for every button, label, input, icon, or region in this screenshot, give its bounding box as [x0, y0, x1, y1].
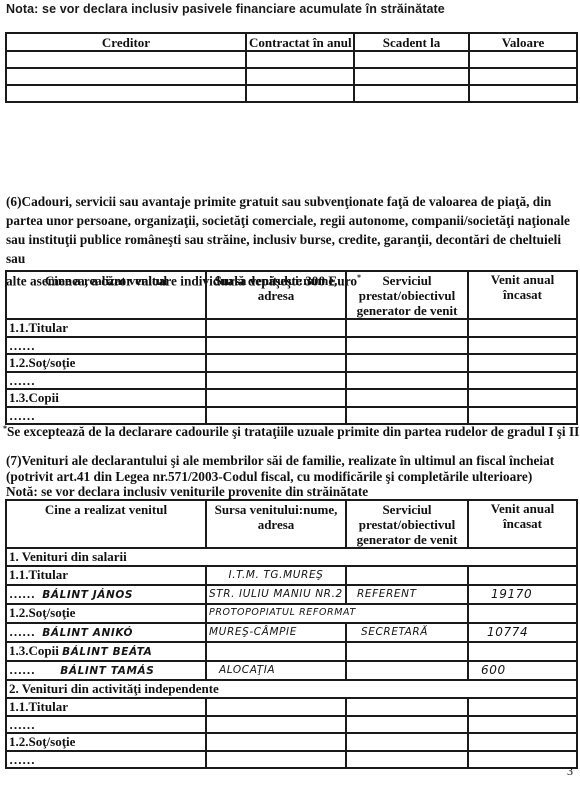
- row-label: ……: [6, 337, 206, 355]
- income-source: I.T.M. TG.MUREŞ: [206, 566, 346, 585]
- income-service: [346, 566, 468, 585]
- table-row: 1.3.Copii: [6, 389, 577, 407]
- cell: [246, 51, 354, 68]
- row-label: 1.1.Titular: [6, 698, 206, 716]
- table-row: ……: [6, 372, 577, 390]
- header-valoare: Valoare: [469, 33, 577, 51]
- row-label: …… BÁLINT JÁNOS: [6, 585, 206, 604]
- cell: [6, 51, 246, 68]
- gifts-footnote: *Se exceptează de la declarare cadourile…: [3, 424, 580, 440]
- header-who: Cine a realizat venitul: [6, 271, 206, 319]
- table-row: 1.2.Soţ/soţie: [6, 733, 577, 751]
- cell: [246, 68, 354, 85]
- header-source: Sursa venitului:nume, adresa: [206, 500, 346, 548]
- row-label: …… BÁLINT ANIKÓ: [6, 623, 206, 642]
- row-label: 1.1.Titular: [6, 566, 206, 585]
- table-row: 1.2.Soţ/soţie: [6, 354, 577, 372]
- row-label: 1.1.Titular: [6, 319, 206, 337]
- debts-table: Creditor Contractat în anul Scadent la V…: [5, 32, 578, 103]
- income-service: [346, 661, 468, 680]
- income-source: ALOCAŢIA: [206, 661, 346, 680]
- table-row: …… BÁLINT JÁNOS STR. IULIU MANIU NR.2 RE…: [6, 585, 577, 604]
- footnote-text: Se exceptează de la declarare cadourile …: [7, 424, 580, 439]
- header-service: Serviciul prestat/obiectivul generator d…: [346, 500, 468, 548]
- handwritten-name: BÁLINT BEÁTA: [62, 646, 152, 658]
- table-row: [6, 51, 577, 68]
- section7-line: (potrivit art.41 din Legea nr.571/2003-C…: [6, 469, 576, 485]
- income-amount: [468, 642, 577, 661]
- income-source: MUREŞ-CÂMPIE: [206, 623, 346, 642]
- cell: [246, 85, 354, 102]
- category-salaries: 1. Venituri din salarii: [6, 548, 577, 566]
- income-service: REFERENT: [346, 585, 468, 604]
- table-row: 1.1.Titular: [6, 319, 577, 337]
- table-row: 1.1.Titular: [6, 698, 577, 716]
- income-amount: [468, 604, 577, 623]
- table-row: 1.2.Soţ/soţie PROTOPOPIATUL REFORMAT: [6, 604, 577, 623]
- header-contractat: Contractat în anul: [246, 33, 354, 51]
- table-row: …… BÁLINT ANIKÓ MUREŞ-CÂMPIE SECRETARĂ 1…: [6, 623, 577, 642]
- income-source: [206, 642, 346, 661]
- header-creditor: Creditor: [6, 33, 246, 51]
- income-amount: [468, 566, 577, 585]
- handwritten-name: BÁLINT JÁNOS: [42, 589, 133, 601]
- income-service: SECRETARĂ: [346, 623, 468, 642]
- section7-note: Notă: se vor declara inclusiv veniturile…: [6, 484, 576, 500]
- handwritten-name: BÁLINT ANIKÓ: [42, 627, 133, 639]
- income-amount: 19170: [468, 585, 577, 604]
- header-who: Cine a realizat venitul: [6, 500, 206, 548]
- table-row: ……: [6, 751, 577, 769]
- table-row: [6, 68, 577, 85]
- income-source: STR. IULIU MANIU NR.2: [206, 585, 346, 604]
- row-label: ……: [6, 407, 206, 425]
- header-income: Venit anual încasat: [468, 500, 577, 548]
- section7-heading: (7)Venituri ale declarantului şi ale mem…: [6, 453, 576, 500]
- header-income: Venit anual încasat: [468, 271, 577, 319]
- section6-line: (6)Cadouri, servicii sau avantaje primit…: [6, 192, 576, 211]
- cell: [354, 68, 469, 85]
- pasive-note: Nota: se vor declara inclusiv pasivele f…: [6, 2, 445, 16]
- income-service: [346, 642, 468, 661]
- cell: [6, 68, 246, 85]
- table-row: …… BÁLINT TAMÁS ALOCAŢIA 600: [6, 661, 577, 680]
- row-label: 1.3.Copii BÁLINT BEÁTA: [6, 642, 206, 661]
- section6-line: sau instituţii publice româneşti sau str…: [6, 230, 576, 268]
- income-amount: 600: [468, 661, 577, 680]
- table-row: [6, 85, 577, 102]
- header-source: Sursa venitului:nume, adresa: [206, 271, 346, 319]
- table-row: 1.3.Copii BÁLINT BEÁTA: [6, 642, 577, 661]
- row-label: 1.3.Copii: [6, 389, 206, 407]
- table-row: 1.1.Titular I.T.M. TG.MUREŞ: [6, 566, 577, 585]
- table-row: ……: [6, 337, 577, 355]
- row-label: …… BÁLINT TAMÁS: [6, 661, 206, 680]
- cell: [6, 85, 246, 102]
- cell: [469, 51, 577, 68]
- row-label: 1.2.Soţ/soţie: [6, 604, 206, 623]
- row-label: ……: [6, 372, 206, 390]
- page-number: 3: [567, 764, 573, 779]
- cell: [469, 68, 577, 85]
- table-row: ……: [6, 716, 577, 734]
- row-label: ……: [6, 716, 206, 734]
- category-independent: 2. Venituri din activităţi independente: [6, 680, 577, 698]
- income-amount: 10774: [468, 623, 577, 642]
- section7-line: (7)Venituri ale declarantului şi ale mem…: [6, 453, 576, 469]
- row-label: 1.2.Soţ/soţie: [6, 354, 206, 372]
- cell: [354, 51, 469, 68]
- gifts-table: Cine a realizat venitul Sursa venitului:…: [5, 270, 578, 425]
- row-label: 1.2.Soţ/soţie: [6, 733, 206, 751]
- header-service: Serviciul prestat/obiectivul generator d…: [346, 271, 468, 319]
- cell: [469, 85, 577, 102]
- cell: [354, 85, 469, 102]
- handwritten-name: BÁLINT TAMÁS: [60, 665, 154, 677]
- section6-line: partea unor persoane, organizaţii, socie…: [6, 211, 576, 230]
- income-source: PROTOPOPIATUL REFORMAT: [206, 604, 468, 623]
- income-table: Cine a realizat venitul Sursa venitului:…: [5, 499, 578, 769]
- header-scadent: Scadent la: [354, 33, 469, 51]
- table-row: ……: [6, 407, 577, 425]
- row-label: ……: [6, 751, 206, 769]
